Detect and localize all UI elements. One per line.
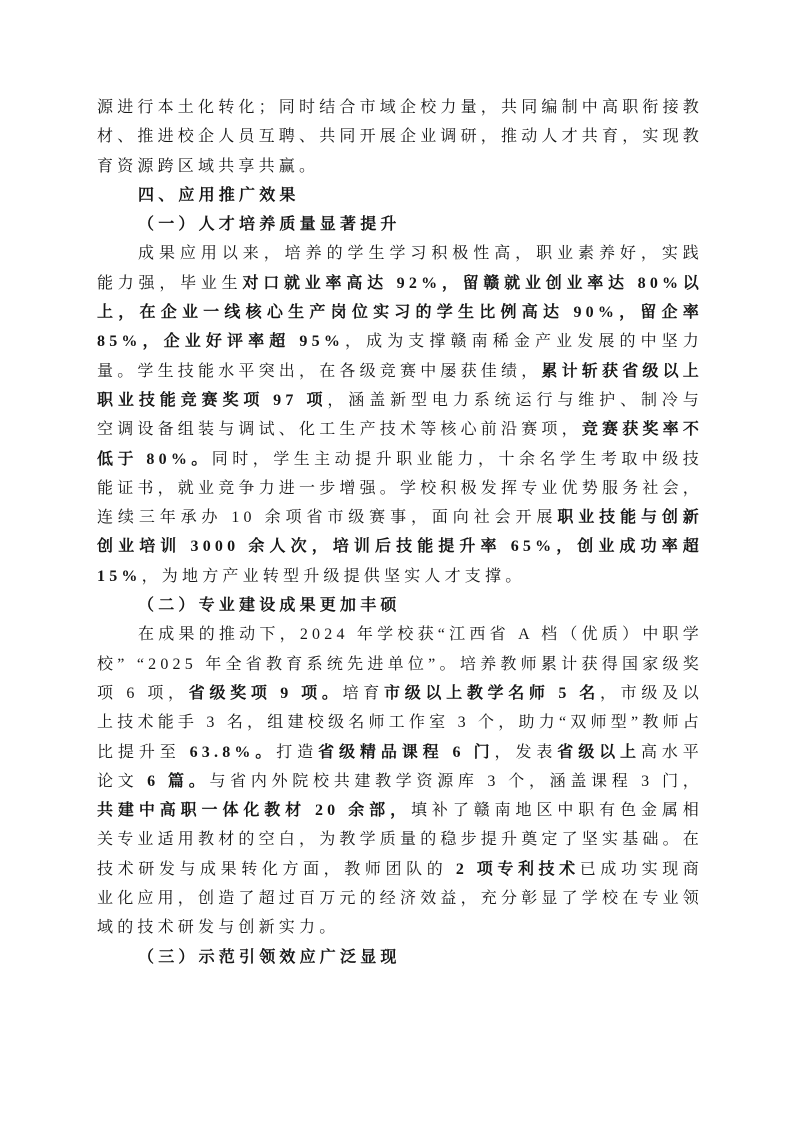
bold-text-run: 6 篇。 [147, 773, 209, 790]
document-body: 源进行本土化转化；同时结合市域企校力量，共同编制中高职衔接教材、推进校企人员互聘… [97, 93, 703, 972]
bold-text-run: （一）人才培养质量显著提升 [138, 216, 401, 233]
bold-text-run: 省级以上 [557, 744, 641, 761]
section-heading: （一）人才培养质量显著提升 [97, 210, 703, 239]
body-paragraph: 在成果的推动下，2024 年学校获“江西省 A 档（优质）中职学校” “2025… [97, 620, 703, 942]
text-run: 打造 [276, 744, 318, 761]
section-heading: （三）示范引领效应广泛显现 [97, 943, 703, 972]
text-run: 培育 [343, 685, 384, 702]
bold-text-run: （三）示范引领效应广泛显现 [138, 949, 401, 966]
section-heading: 四、应用推广效果 [97, 181, 703, 210]
bold-text-run: 63.8%。 [190, 744, 277, 761]
bold-text-run: 省级精品课程 6 门 [318, 744, 494, 761]
section-heading: （二）专业建设成果更加丰硕 [97, 591, 703, 620]
bold-text-run: 省级奖项 9 项。 [189, 685, 343, 702]
bold-text-run: （二）专业建设成果更加丰硕 [138, 597, 401, 614]
text-run: 与省内外院校共建教学资源库 3 个，涵盖课程 3 门， [209, 773, 703, 790]
bold-text-run: 市级以上教学名师 5 名 [384, 685, 600, 702]
text-run: ，发表 [495, 744, 558, 761]
bold-text-run: 共建中高职一体化教材 20 余部， [97, 802, 411, 819]
text-run: 源进行本土化转化；同时结合市域企校力量，共同编制中高职衔接教材、推进校企人员互聘… [97, 99, 703, 175]
body-paragraph: 源进行本土化转化；同时结合市域企校力量，共同编制中高职衔接教材、推进校企人员互聘… [97, 93, 703, 181]
document-page: 源进行本土化转化；同时结合市域企校力量，共同编制中高职衔接教材、推进校企人员互聘… [0, 0, 794, 1123]
text-run: ，为地方产业转型升级提供坚实人才支撑。 [142, 568, 526, 585]
body-paragraph: 成果应用以来，培养的学生学习积极性高，职业素养好，实践能力强，毕业生对口就业率高… [97, 239, 703, 591]
bold-text-run: 四、应用推广效果 [138, 187, 300, 204]
bold-text-run: 2 项专利技术 [456, 861, 580, 878]
